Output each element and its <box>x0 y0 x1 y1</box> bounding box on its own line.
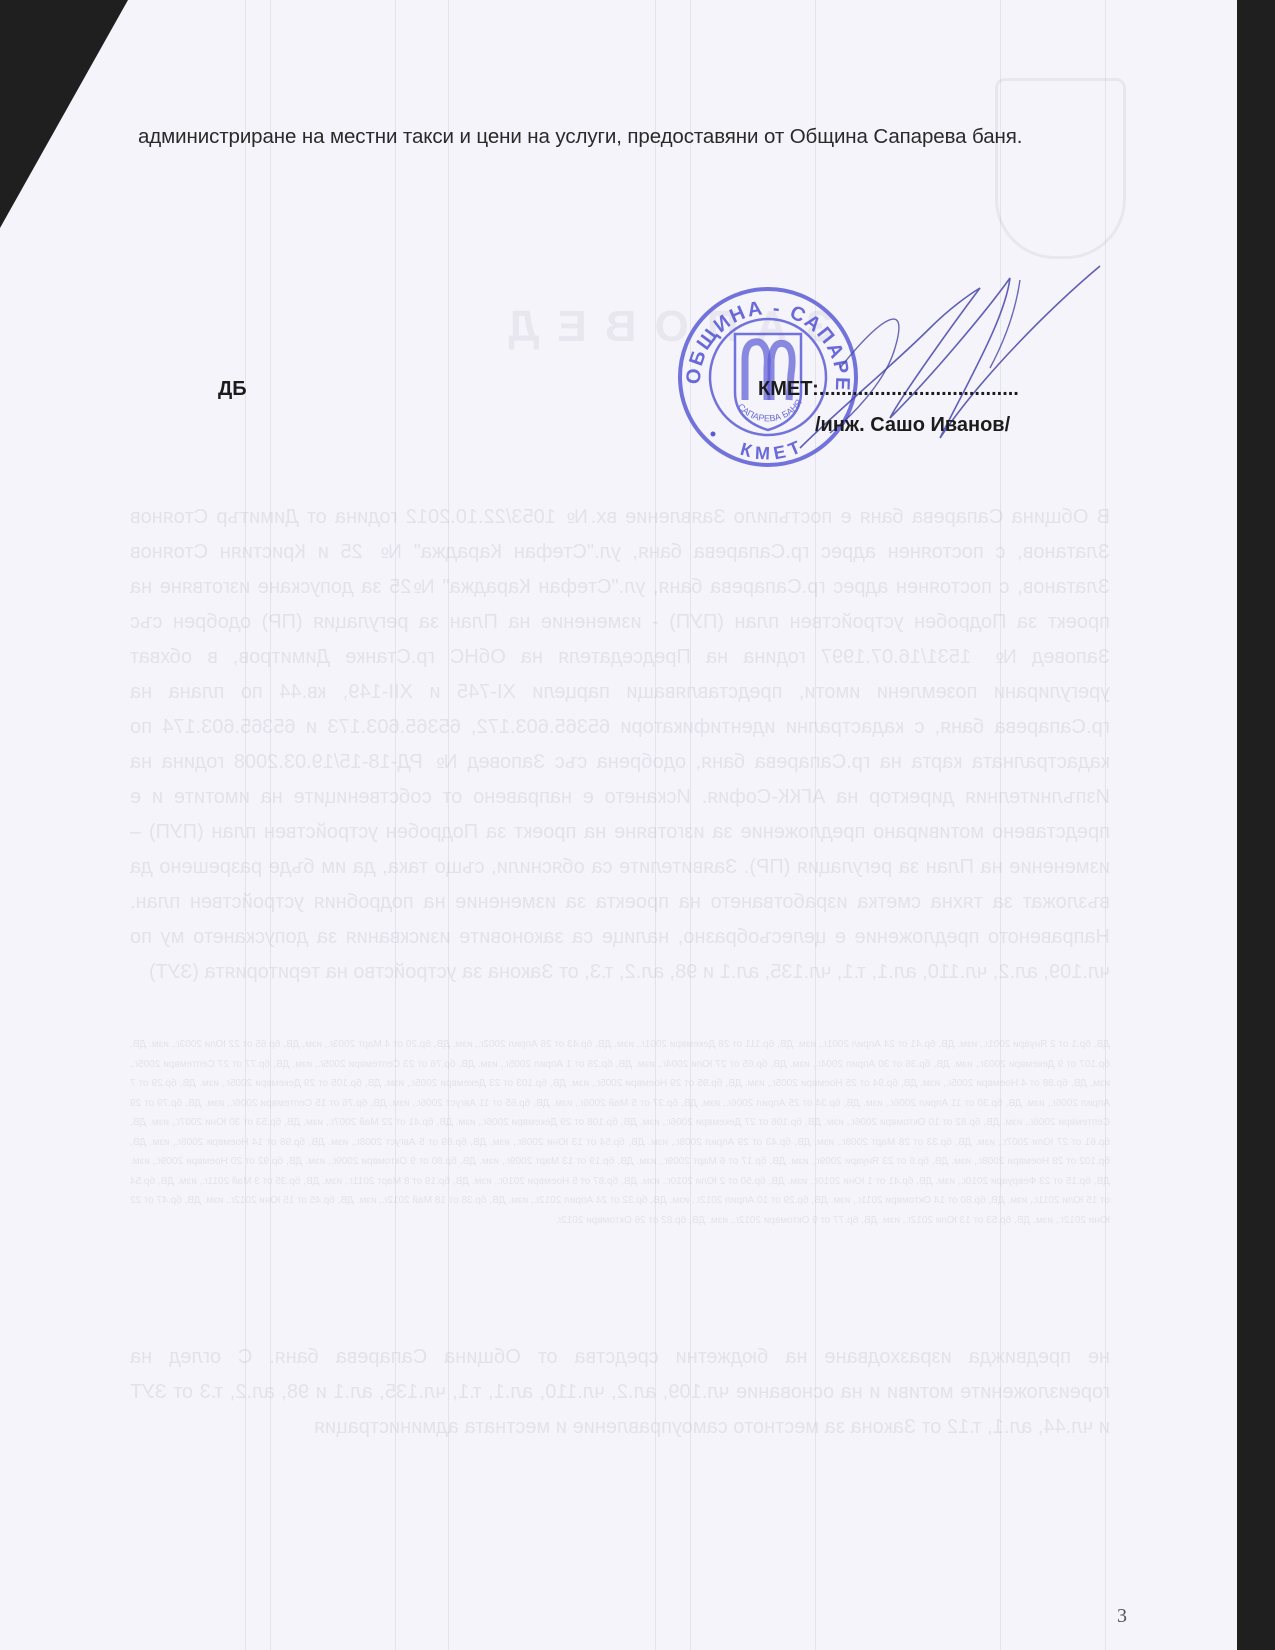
scanned-document: ЗАПОВЕД В Община Сапарева баня е постъпи… <box>0 0 1275 1650</box>
bleed-through-closing: не предвижда изразходване на бюджетни ср… <box>130 1340 1110 1445</box>
bleed-through-paragraph: В Община Сапарева баня е постъпило Заявл… <box>130 500 1110 990</box>
mayor-name: /инж. Сашо Иванов/ <box>815 414 1010 437</box>
bleed-through-footnote: ДВ, бр.1 от 2 Януари 2001г., изм. ДВ, бр… <box>130 1035 1110 1325</box>
signature-dots: .................................... <box>819 378 1019 400</box>
document-page: ЗАПОВЕД В Община Сапарева баня е постъпи… <box>0 0 1240 1650</box>
scanner-border <box>1237 0 1275 1650</box>
page-number: 3 <box>1117 1605 1127 1628</box>
prepared-by-initials: ДБ <box>218 378 247 401</box>
body-paragraph: администриране на местни такси и цени на… <box>138 119 1096 154</box>
mayor-label: КМЕТ: <box>758 378 819 400</box>
bleed-through-crest <box>995 78 1126 259</box>
mayor-signature-line: КМЕТ:...................................… <box>758 378 1019 401</box>
